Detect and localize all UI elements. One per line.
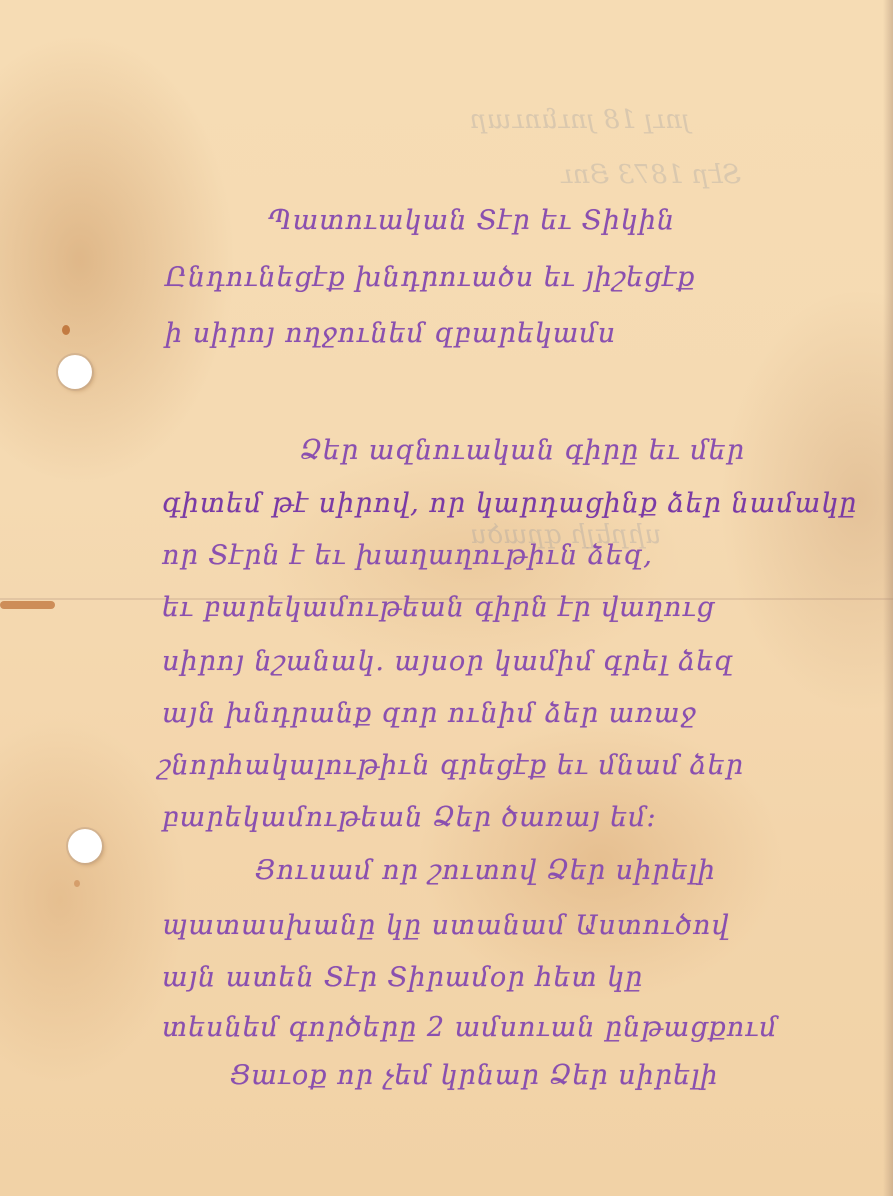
- letter-body-line: որ Տէրն է եւ խաղաղութիւն ձեզ,: [162, 540, 653, 571]
- rust-stain: [74, 880, 80, 887]
- letter-body-line: Ցաւօք որ չեմ կրնար Ձեր սիրելի: [230, 1060, 719, 1091]
- rust-stain: [62, 325, 70, 335]
- letter-body-line: շնորհակալութիւն գրեցէք եւ մնամ ձեր: [158, 750, 744, 781]
- letter-body-line: Յուսամ որ շուտով Ձեր սիրելի: [255, 855, 716, 886]
- letter-body-line: բարեկամութեան Ձեր ծառայ եմ:: [162, 802, 657, 833]
- letter-body-line: Ձեր ազնուական գիրը եւ մեր: [300, 435, 745, 466]
- salutation-line: Ընդունեցէք խնդրուածս եւ յիշեցէք: [165, 262, 695, 293]
- letter-body-line: այն ատեն Տէր Տիրամօր հետ կը: [162, 962, 643, 993]
- salutation-line: Պատուական Տէր եւ Տիկին: [268, 205, 675, 236]
- rust-stain: [0, 601, 55, 609]
- letter-body-line: եւ բարեկամութեան գիրն էր վաղուց: [162, 592, 715, 623]
- punch-hole: [58, 355, 92, 389]
- letter-body-line: պատասխանը կը ստանամ Աստուծով: [162, 910, 730, 941]
- letter-body-line: տեսնեմ գործերը 2 ամսուան ընթացքում: [162, 1012, 778, 1043]
- punch-hole: [68, 829, 102, 863]
- bleed-through-text: Տէր 1873 Յու: [560, 160, 741, 190]
- letter-body-line: սիրոյ նշանակ. այսօր կամիմ գրել ձեզ: [162, 646, 734, 677]
- letter-body-line: այն խնդրանք զոր ունիմ ձեր առաջ: [162, 698, 697, 729]
- letter-body-line: գիտեմ թէ սիրով, որ կարդացինք ձեր նամակը: [162, 488, 857, 519]
- bleed-through-text: յուլ 18 յունուար: [470, 105, 690, 135]
- salutation-line: ի սիրոյ ողջունեմ զբարեկամս: [165, 318, 616, 349]
